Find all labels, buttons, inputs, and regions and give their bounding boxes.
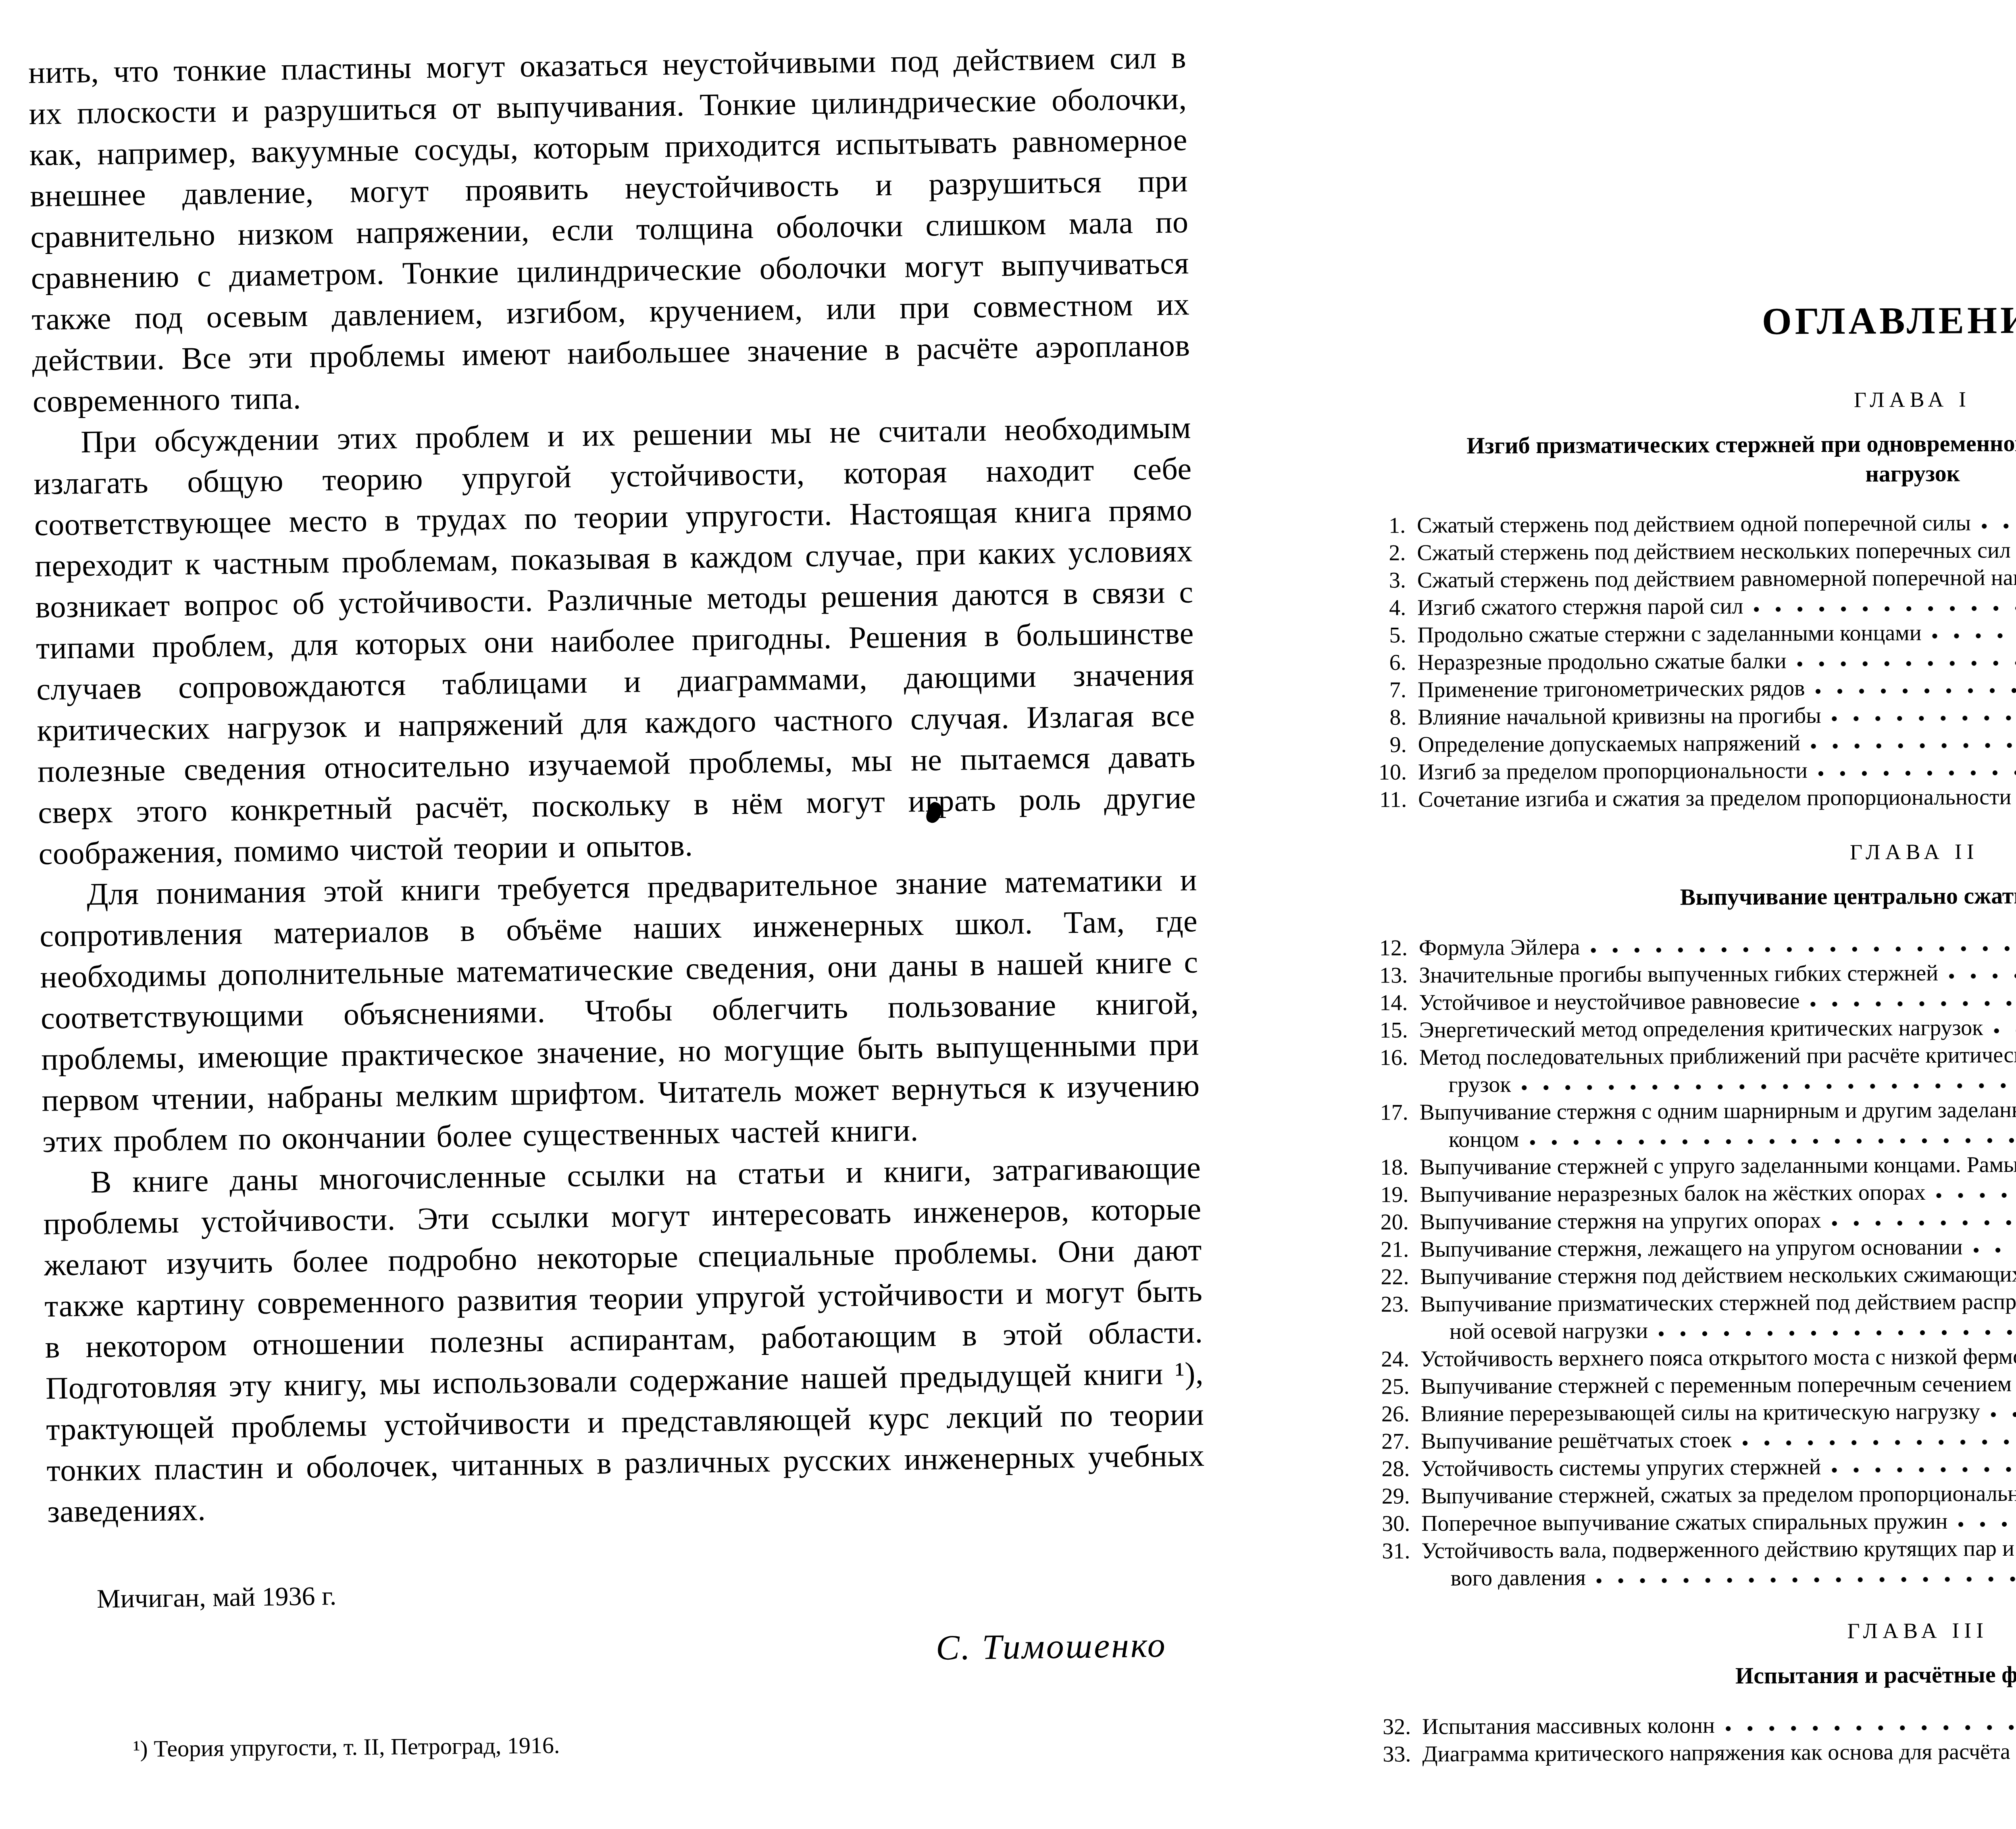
toc-item-title: Выпучивание стержня с одним шарнирным и … — [1419, 1096, 2016, 1126]
toc-row: концом 87 — [1371, 1122, 2016, 1154]
toc-item-title: Устойчивость системы упругих стержней — [1421, 1453, 1821, 1482]
dot-leader — [1993, 1020, 2016, 1040]
toc-item-title: Значительные прогибы выпученных гибких с… — [1419, 959, 1938, 989]
toc-item-number: 12. — [1370, 934, 1419, 962]
dot-leader — [1815, 680, 2016, 700]
toc-item-number: 33. — [1374, 1740, 1422, 1768]
toc-item-number — [1373, 1586, 1422, 1586]
dot-leader — [1832, 707, 2016, 728]
toc-item-title: Сочетание изгиба и сжатия за пределом пр… — [1418, 783, 2012, 813]
toc-row: 12. Формула Эйлера 65 — [1370, 930, 2016, 962]
paragraph: Для понимания этой книги требуется предв… — [39, 859, 1200, 1162]
dot-leader — [1754, 598, 2016, 618]
dot-leader — [1973, 1240, 2016, 1259]
toc-item-title: Сжатый стержень под действием равномерно… — [1417, 564, 2016, 594]
toc-item-number: 14. — [1370, 989, 1419, 1017]
toc-item-title: Формула Эйлера — [1419, 934, 1580, 962]
book-spread: нить, что тонкие пластины могут оказатьс… — [0, 0, 2016, 1829]
toc-item-title: Устойчивое и неустойчивое равновесие — [1419, 987, 1800, 1016]
toc-row: вого давления 158 — [1373, 1560, 2016, 1592]
toc-item-title: Выпучивание стержней с упруго заделанным… — [1420, 1151, 2016, 1181]
toc-chapter: ГЛАВА I Изгиб призматических стержней пр… — [1368, 385, 2016, 814]
toc-item-number: 11. — [1370, 786, 1418, 814]
toc-item-title: Изгиб сжатого стержня парой сил — [1417, 593, 1743, 622]
toc-row: 14. Устойчивое и неустойчивое равновесие… — [1370, 984, 2016, 1017]
toc-item-title: Устойчивость верхнего пояса открытого мо… — [1420, 1343, 2016, 1373]
toc-row: 33. Диаграмма критического напряжения ка… — [1374, 1736, 2016, 1768]
dot-leader — [1530, 1130, 2016, 1151]
toc-row: грузок 84 — [1371, 1067, 2016, 1099]
toc-item-number: 6. — [1369, 649, 1418, 676]
toc-item-title: Энергетический метод определения критиче… — [1419, 1014, 1983, 1044]
dot-leader — [1818, 762, 2016, 782]
dot-leader — [1591, 938, 2016, 959]
toc-row: 17. Выпучивание стержня с одним шарнирны… — [1371, 1094, 2016, 1126]
toc-item-title: Влияние перерезывающей силы на критическ… — [1421, 1398, 1980, 1427]
toc-item-title: Продольно сжатые стержни с заделанными к… — [1417, 619, 1922, 649]
toc-row: 22. Выпучивание стержня под действием не… — [1372, 1259, 2016, 1291]
toc-item-title: Влияние начальной кривизны на прогибы — [1418, 702, 1821, 731]
toc-item-title: Выпучивание решётчатых стоек — [1421, 1426, 1732, 1455]
left-page: нить, что тонкие пластины могут оказатьс… — [28, 37, 1208, 1680]
toc-row: 30. Поперечное выпучивание сжатых спирал… — [1373, 1505, 2016, 1538]
toc-row: ной осевой нагрузки 110 — [1372, 1313, 2016, 1346]
dot-leader — [1596, 1569, 2016, 1590]
toc-row: 29. Выпучивание стержней, сжатых за пред… — [1373, 1478, 2016, 1510]
toc-row: 32. Испытания массивных колонн 160 — [1374, 1708, 2016, 1741]
toc-item-number: 26. — [1372, 1400, 1421, 1428]
toc-item-number: 25. — [1372, 1373, 1420, 1400]
toc-item-number: 23. — [1372, 1290, 1420, 1318]
toc-item-title: Метод последовательных приближений при р… — [1419, 1041, 2016, 1071]
dot-leader — [1658, 1322, 2016, 1343]
toc-item-number: 29. — [1373, 1482, 1421, 1510]
toc-row: 18. Выпучивание стержней с упруго задела… — [1371, 1149, 2016, 1181]
chapter-subtitle: Выпучивание центрально сжатых стержней — [1455, 879, 2016, 913]
chapter-heading: ГЛАВА II — [1370, 837, 2016, 867]
chapter-heading: ГЛАВА III — [1373, 1616, 2016, 1646]
toc-item-title: Изгиб за пределом пропорциональности — [1418, 757, 1808, 786]
toc-item-number — [1371, 1147, 1420, 1147]
toc-item-title: Диаграмма критического напряжения как ос… — [1422, 1737, 2016, 1768]
toc-item-number — [1371, 1092, 1419, 1092]
toc-item-number: 2. — [1368, 539, 1417, 567]
toc-row: 23. Выпучивание призматических стержней … — [1372, 1286, 2016, 1318]
toc-chapters: ГЛАВА I Изгиб призматических стержней пр… — [1368, 385, 2016, 1768]
toc-item-title: Определение допускаемых напряжений — [1418, 729, 1800, 758]
toc-row: 1. Сжатый стержень под действием одной п… — [1368, 507, 2016, 539]
toc-item-title: Устойчивость вала, подверженного действи… — [1421, 1534, 2016, 1565]
toc-item-title: Выпучивание стержня на упругих опорах — [1420, 1207, 1821, 1236]
toc-row: 6. Неразрезные продольно сжатые балки 28 — [1369, 644, 2016, 676]
toc-item-number: 9. — [1369, 731, 1418, 759]
toc-row: 21. Выпучивание стержня, лежащего на упр… — [1372, 1231, 2016, 1263]
toc-item-title: Сжатый стержень под действием нескольких… — [1417, 537, 2011, 566]
footnote: ¹) Теория упругости, т. II, Петроград, 1… — [133, 1731, 560, 1762]
toc-row: 20. Выпучивание стержня на упругих опора… — [1372, 1204, 2016, 1236]
chapter-heading: ГЛАВА I — [1368, 385, 2016, 414]
dot-leader — [1958, 1514, 2016, 1534]
toc-item-title: ной осевой нагрузки — [1420, 1317, 1648, 1345]
dot-leader — [1949, 965, 2016, 985]
dot-leader — [1725, 1717, 2016, 1737]
toc-item-number — [1372, 1339, 1420, 1339]
dot-leader — [1831, 1459, 2016, 1479]
toc-item-title: Выпучивание призматических стержней под … — [1420, 1288, 2016, 1318]
toc-row: 3. Сжатый стержень под действием равноме… — [1369, 562, 2016, 594]
toc-item-number: 17. — [1371, 1099, 1419, 1126]
dot-leader — [1742, 1432, 2016, 1452]
toc-item-number: 27. — [1372, 1427, 1421, 1455]
toc-item-title: Выпучивание стержней, сжатых за пределом… — [1421, 1479, 2016, 1510]
toc-item-title: грузок — [1419, 1071, 1511, 1099]
dot-leader — [1981, 516, 2016, 535]
toc-row: 31. Устойчивость вала, подверженного дей… — [1373, 1533, 2016, 1565]
toc-page: ОГЛАВЛЕНИЕ ГЛАВА I Изгиб призматических … — [1368, 296, 2016, 1817]
toc-rows: 32. Испытания массивных колонн 160 33. Д… — [1374, 1708, 2016, 1768]
dot-leader — [1797, 653, 2016, 673]
toc-row: 2. Сжатый стержень под действием несколь… — [1368, 535, 2016, 567]
toc-title: ОГЛАВЛЕНИЕ — [1368, 296, 2016, 345]
dot-leader — [1936, 1185, 2016, 1205]
toc-item-title: концом — [1420, 1126, 1519, 1153]
toc-item-number: 30. — [1373, 1510, 1421, 1538]
toc-item-number: 4. — [1369, 594, 1417, 622]
toc-item-number: 10. — [1370, 758, 1418, 786]
toc-row: 8. Влияние начальной кривизны на прогибы… — [1369, 699, 2016, 731]
toc-item-number: 31. — [1373, 1537, 1421, 1565]
toc-row: 26. Влияние перерезывающей силы на крити… — [1372, 1396, 2016, 1428]
toc-rows: 1. Сжатый стержень под действием одной п… — [1368, 507, 2016, 814]
toc-item-title: Выпучивание стержня под действием нескол… — [1420, 1260, 2016, 1290]
toc-rows: 12. Формула Эйлера 65 13. Значительные п… — [1370, 930, 2016, 1592]
toc-row: 19. Выпучивание неразрезных балок на жёс… — [1371, 1176, 2016, 1209]
dot-leader — [1810, 993, 2016, 1013]
toc-item-number: 5. — [1369, 621, 1417, 649]
toc-row: 9. Определение допускаемых напряжений 44 — [1369, 726, 2016, 759]
toc-item-number: 32. — [1374, 1713, 1422, 1741]
dot-leader — [1932, 625, 2016, 645]
toc-item-title: Сжатый стержень под действием одной попе… — [1417, 509, 1971, 539]
paragraph: В книге даны многочисленные ссылки на ст… — [43, 1147, 1206, 1532]
toc-item-number: 3. — [1369, 566, 1417, 594]
toc-item-number: 20. — [1372, 1208, 1420, 1236]
toc-item-number: 18. — [1371, 1153, 1420, 1181]
chapter-subtitle: Испытания и расчётные формулы — [1458, 1658, 2016, 1692]
toc-item-title: Поперечное выпучивание сжатых спиральных… — [1421, 1508, 1948, 1538]
dot-leader — [1521, 1075, 2016, 1097]
toc-item-number: 7. — [1369, 676, 1418, 704]
toc-item-title: вого давления — [1421, 1564, 1585, 1592]
dot-leader — [1991, 1404, 2016, 1423]
author-signature: С. Тимошенко — [49, 1624, 1207, 1680]
toc-item-number: 8. — [1369, 703, 1418, 731]
toc-item-number: 13. — [1370, 961, 1419, 989]
dot-leader — [1811, 735, 2016, 755]
toc-row: 10. Изгиб за пределом пропорциональности… — [1370, 754, 2016, 786]
toc-item-number: 19. — [1371, 1181, 1420, 1209]
toc-item-number: 28. — [1372, 1455, 1421, 1483]
toc-item-number: 24. — [1372, 1345, 1420, 1373]
toc-row: 15. Энергетический метод определения кри… — [1371, 1012, 2016, 1044]
toc-chapter: ГЛАВА II Выпучивание центрально сжатых с… — [1370, 837, 2016, 1592]
toc-item-number: 21. — [1372, 1236, 1420, 1263]
toc-row: 16. Метод последовательных приближений п… — [1371, 1039, 2016, 1072]
toc-item-number: 16. — [1371, 1044, 1419, 1072]
toc-row: 13. Значительные прогибы выпученных гибк… — [1370, 957, 2016, 989]
paragraph: При обсуждении этих проблем и их решении… — [33, 407, 1197, 874]
chapter-subtitle: Изгиб призматических стержней при одновр… — [1453, 427, 2016, 491]
toc-item-title: Испытания массивных колонн — [1422, 1712, 1715, 1740]
toc-row: 4. Изгиб сжатого стержня парой сил 17 — [1369, 589, 2016, 622]
toc-row: 24. Устойчивость верхнего пояса открытог… — [1372, 1341, 2016, 1373]
toc-row: 25. Выпучивание стержней с переменным по… — [1372, 1368, 2016, 1400]
toc-chapter: ГЛАВА III Испытания и расчётные формулы … — [1373, 1616, 2016, 1768]
toc-item-title: Выпучивание стержней с переменным попере… — [1420, 1370, 2012, 1400]
toc-row: 7. Применение тригонометрических рядов 3… — [1369, 672, 2016, 704]
paragraph: нить, что тонкие пластины могут оказатьс… — [28, 37, 1191, 422]
toc-item-title: Выпучивание стержня, лежащего на упругом… — [1420, 1233, 1963, 1263]
toc-row: 5. Продольно сжатые стержни с заделанным… — [1369, 617, 2016, 649]
preface-text: нить, что тонкие пластины могут оказатьс… — [28, 37, 1206, 1532]
toc-item-number: 22. — [1372, 1263, 1420, 1291]
toc-item-number: 1. — [1368, 512, 1417, 539]
dateline: Мичиган, май 1936 г. — [48, 1569, 1206, 1615]
toc-item-title: Применение тригонометрических рядов — [1418, 674, 1805, 703]
toc-row: 27. Выпучивание решётчатых стоек 135 — [1372, 1423, 2016, 1455]
toc-row: 11. Сочетание изгиба и сжатия за предело… — [1370, 781, 2016, 814]
toc-item-number: 15. — [1371, 1016, 1419, 1044]
toc-row: 28. Устойчивость системы упругих стержне… — [1372, 1450, 2016, 1483]
toc-item-title: Неразрезные продольно сжатые балки — [1418, 647, 1787, 676]
toc-item-title: Выпучивание неразрезных балок на жёстких… — [1420, 1179, 1925, 1208]
dot-leader — [1832, 1212, 2016, 1232]
